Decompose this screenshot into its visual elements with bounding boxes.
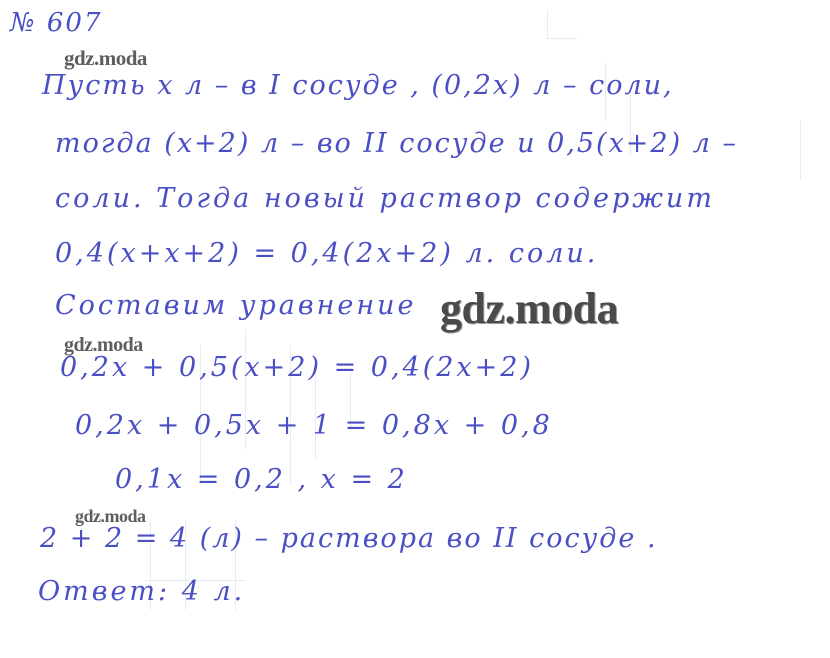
solution-page: № 607 Пусть x л – в I сосуде , (0,2x) л …: [0, 0, 830, 658]
grid-line: [547, 10, 548, 40]
problem-number: № 607: [10, 8, 103, 38]
equation-3: 0,1x = 0,2 , x = 2: [115, 464, 408, 495]
grid-line: [800, 120, 801, 180]
solution-line-5: Составим уравнение: [55, 290, 416, 321]
equation-2: 0,2x + 0,5x + 1 = 0,8x + 0,8: [75, 410, 553, 441]
answer-line: Ответ: 4 л.: [38, 576, 245, 607]
solution-line-3: соли. Тогда новый раствор содержит: [55, 183, 715, 214]
watermark: gdz.moda: [64, 46, 147, 71]
watermark: gdz.moda: [64, 334, 143, 357]
watermark-large: gdz.moda: [440, 283, 618, 334]
watermark: gdz.moda: [75, 506, 146, 527]
solution-line-1: Пусть x л – в I сосуде , (0,2x) л – соли…: [42, 70, 674, 101]
grid-line: [547, 38, 577, 39]
solution-line-9: 2 + 2 = 4 (л) – раствора во II сосуде .: [40, 523, 658, 554]
solution-line-4: 0,4(x+x+2) = 0,4(2x+2) л. соли.: [55, 238, 598, 269]
solution-line-2: тогда (x+2) л – во II сосуде и 0,5(x+2) …: [55, 128, 738, 159]
